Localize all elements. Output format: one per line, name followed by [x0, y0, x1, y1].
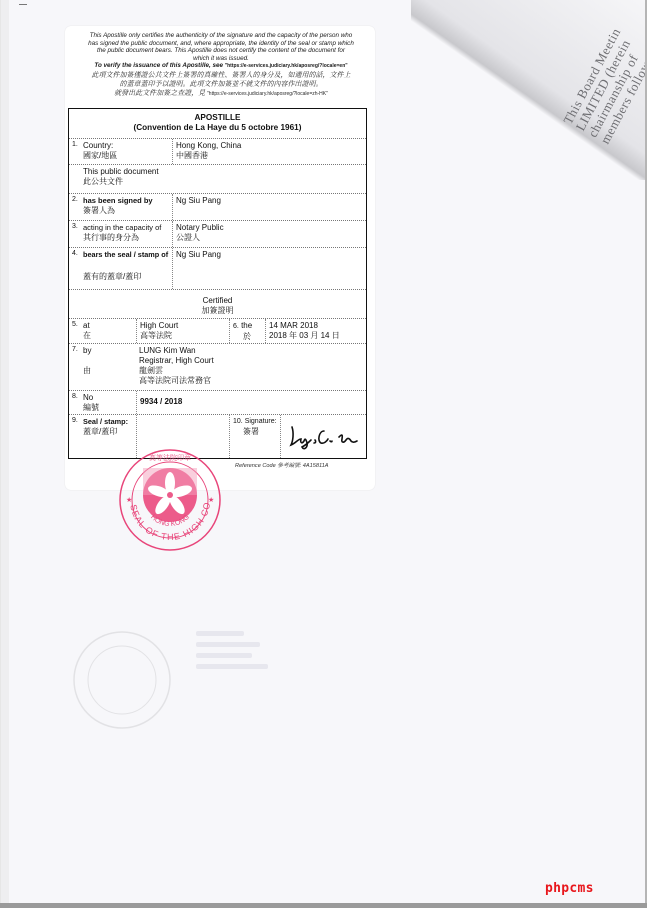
- field-by: 7. by 由 LUNG Kim Wan Registrar, High Cou…: [69, 344, 366, 391]
- high-court-seal: THE SEAL OF THE HIGH COURT HONG KONG 高等法…: [112, 448, 228, 552]
- seal-stamp-label-zh: 蓋章/蓋印: [83, 427, 128, 437]
- date-label-zh: 於: [233, 332, 262, 342]
- date-value-zh: 2018 年 03 月 14 日: [269, 331, 362, 341]
- signature-label-zh: 簽署: [233, 427, 277, 437]
- reference-code: Reference Code 參考編號: 4A15811A: [235, 461, 329, 469]
- seal-of-label-zh: 蓋有的蓋章/蓋印: [83, 272, 168, 282]
- country-value: Hong Kong, China: [176, 141, 362, 151]
- certified-label-zh: 加簽證明: [69, 306, 366, 316]
- field-certified: Certified 加簽證明: [69, 290, 366, 319]
- capacity-value: Notary Public: [176, 223, 362, 233]
- preamble-zh-3: 就發出此文件加簽之查證，見 "https://e-services.judici…: [73, 89, 369, 99]
- field-seal-of: 4. bears the seal / stamp of 蓋有的蓋章/蓋印 Ng…: [69, 248, 366, 290]
- by-label-zh: 由: [83, 366, 91, 376]
- field-at-date: 5. at 在 High Court 高等法院 6. the 於 14 MAR …: [69, 319, 366, 344]
- date-label: the: [241, 321, 252, 330]
- preamble-zh-1: 此項文件加簽僅證公共文件上簽署的真確性、簽署人的身分及，如適用的話，文件上: [73, 71, 369, 80]
- seal-of-value: Ng Siu Pang: [176, 250, 362, 260]
- at-label: at: [83, 321, 91, 331]
- field-country: 1. Country: 國家/地區 Hong Kong, China 中國香港: [69, 139, 366, 165]
- bleed-through-text: [196, 625, 276, 675]
- by-value-name-zh: 龍劍雲: [139, 366, 362, 376]
- certificate-subtitle: (Convention de La Haye du 5 octobre 1961…: [69, 123, 366, 133]
- signed-by-value: Ng Siu Pang: [176, 196, 362, 206]
- apostille-certificate: APOSTILLE (Convention de La Haye du 5 oc…: [68, 108, 367, 459]
- preamble-en-4: which it was issued.: [73, 55, 369, 63]
- page-mark: [19, 4, 27, 5]
- apostille-sheet: This Apostille only certifies the authen…: [65, 26, 375, 490]
- page-left-edge: [1, 0, 9, 903]
- bleed-through-seal: [67, 625, 177, 735]
- public-document-label-zh: 此公共文件: [83, 177, 159, 187]
- capacity-label-zh: 其行事的身分為: [83, 233, 161, 243]
- signature-scribble-icon: [284, 417, 364, 453]
- field-signed-by: 2. has been signed by 簽署人為 Ng Siu Pang: [69, 194, 366, 221]
- field-capacity: 3. acting in the capacity of 其行事的身分為 Not…: [69, 221, 366, 248]
- field-number: 8. No 編號 9934 / 2018: [69, 391, 366, 415]
- preamble-zh-2: 的蓋章蓋印予以證明。此項文件加簽並不就文件的內容作出證明。: [73, 80, 369, 89]
- date-value: 14 MAR 2018: [269, 321, 362, 331]
- by-value-name: LUNG Kim Wan: [139, 346, 362, 356]
- country-label: Country:: [83, 141, 117, 151]
- bauhinia-seal-icon: THE SEAL OF THE HIGH COURT HONG KONG 高等法…: [112, 448, 228, 552]
- apostille-preamble: This Apostille only certifies the authen…: [73, 32, 369, 99]
- public-document-label: This public document: [83, 167, 159, 177]
- svg-text:★: ★: [126, 496, 132, 504]
- seal-stamp-label: Seal / stamp:: [83, 417, 128, 427]
- verify-url-zh[interactable]: "https://e-services.judiciary.hk/aposreg…: [207, 91, 328, 97]
- seal-of-label: bears the seal / stamp of: [83, 250, 168, 260]
- verify-line: To verify the issuance of this Apostille…: [73, 62, 369, 71]
- capacity-value-zh: 公證人: [176, 233, 362, 243]
- country-value-zh: 中國香港: [176, 151, 362, 161]
- signed-by-label-zh: 簽署人為: [83, 206, 153, 216]
- field-public-document: This public document 此公共文件: [69, 165, 366, 194]
- signed-by-label: has been signed by: [83, 196, 153, 206]
- by-label: by: [83, 346, 91, 356]
- certified-label: Certified: [69, 296, 366, 306]
- folded-corner: This Board Meetin LIMITED (herein chairm…: [411, 0, 647, 180]
- signature-box: [280, 415, 365, 458]
- preamble-en-3: the public document bears. This Apostill…: [73, 47, 369, 55]
- number-value: 9934 / 2018: [140, 397, 362, 407]
- preamble-en-2: has signed the public document, and, whe…: [73, 40, 369, 48]
- by-value-title: Registrar, High Court: [139, 356, 362, 366]
- verify-url-en[interactable]: "https://e-services.judiciary.hk/aposreg…: [225, 63, 348, 69]
- svg-text:★: ★: [208, 496, 214, 504]
- at-label-zh: 在: [83, 331, 91, 341]
- certificate-header: APOSTILLE (Convention de La Haye du 5 oc…: [69, 109, 366, 139]
- certificate-title: APOSTILLE: [69, 109, 366, 123]
- viewer-bottom-edge: [0, 903, 647, 908]
- preamble-en-1: This Apostille only certifies the authen…: [73, 32, 369, 40]
- at-value-zh: 高等法院: [140, 331, 226, 341]
- capacity-label: acting in the capacity of: [83, 223, 161, 233]
- at-value: High Court: [140, 321, 226, 331]
- document-page: This Board Meetin LIMITED (herein chairm…: [0, 0, 646, 903]
- watermark: phpcms: [545, 881, 594, 896]
- signature-label: Signature:: [245, 418, 277, 425]
- number-label: No: [83, 393, 99, 403]
- country-label-zh: 國家/地區: [83, 151, 117, 161]
- svg-text:高等法院印章: 高等法院印章: [149, 453, 191, 462]
- number-label-zh: 編號: [83, 403, 99, 413]
- by-value-title-zh: 高等法院司法常務官: [139, 376, 362, 386]
